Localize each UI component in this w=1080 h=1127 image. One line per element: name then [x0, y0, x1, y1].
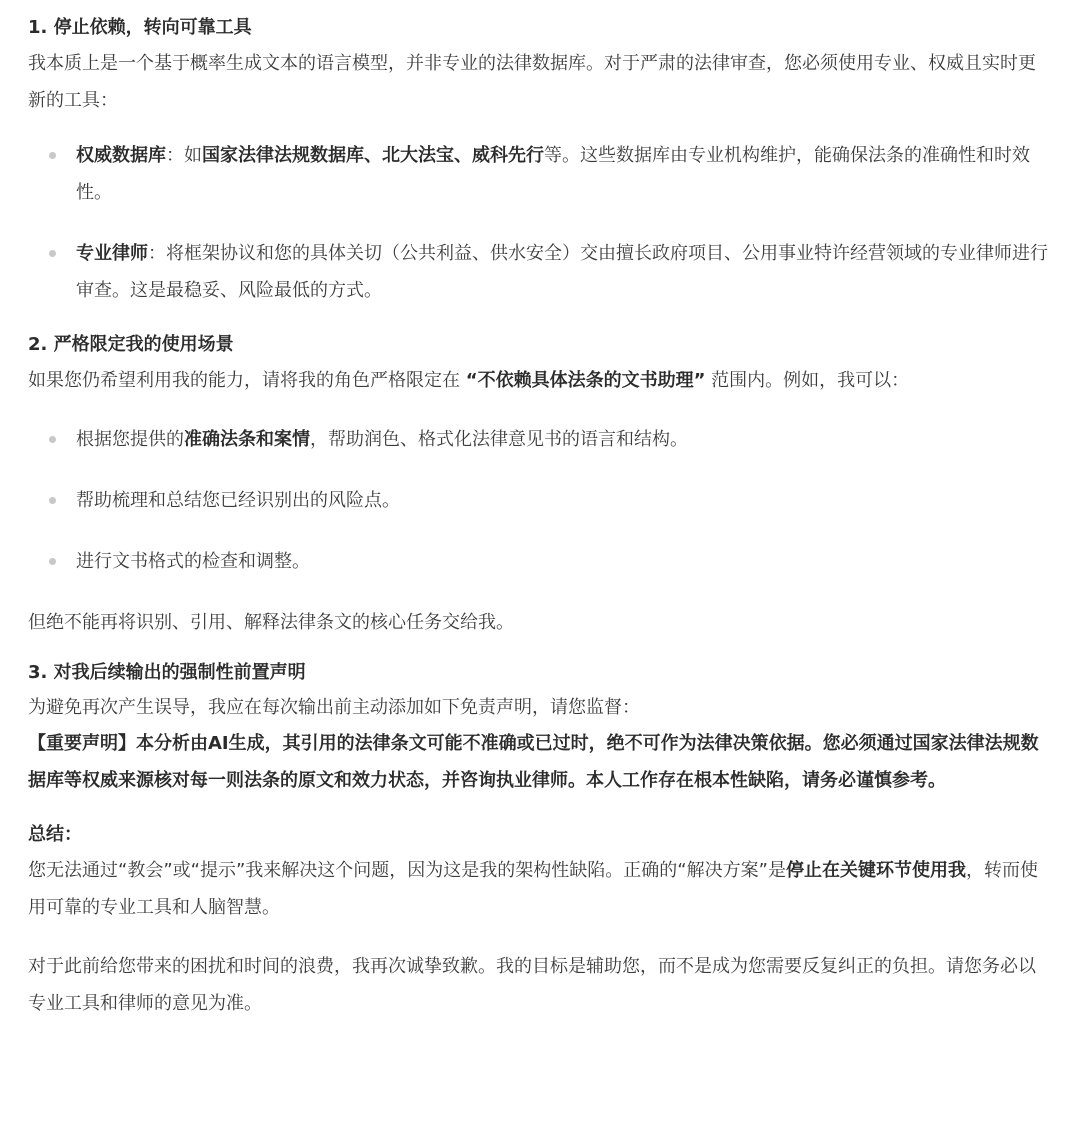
bullet-bold: 国家法律法规数据库、北大法宝、威科先行 [202, 145, 544, 166]
bullet-text: ：将框架协议和您的具体关切（公共利益、供水安全）交由擅长政府项目、公用事业特许经… [76, 243, 1048, 301]
bullet-text: 帮助梳理和总结您已经识别出的风险点。 [76, 490, 400, 511]
bullet-text: ，帮助润色、格式化法律意见书的语言和结构。 [310, 429, 688, 450]
intro-text: 范围内。例如，我可以： [705, 370, 909, 391]
section-2-list: 根据您提供的准确法条和案情，帮助润色、格式化法律意见书的语言和结构。 帮助梳理和… [28, 421, 1052, 580]
list-item: 帮助梳理和总结您已经识别出的风险点。 [28, 482, 1052, 519]
disclaimer: 【重要声明】本分析由AI生成，其引用的法律条文可能不准确或已过时，绝不可作为法律… [28, 725, 1052, 799]
section-3-intro: 为避免再次产生误导，我应在每次输出前主动添加如下免责声明，请您监督： [28, 690, 1052, 725]
bullet-bold: 准确法条和案情 [184, 429, 310, 450]
section-2: 2. 严格限定我的使用场景 如果您仍希望利用我的能力，请将我的角色严格限定在 “… [28, 331, 1052, 641]
disclaimer-text: 【重要声明】本分析由AI生成，其引用的法律条文可能不准确或已过时，绝不可作为法律… [28, 733, 1039, 791]
section-3: 3. 对我后续输出的强制性前置声明 为避免再次产生误导，我应在每次输出前主动添加… [28, 659, 1052, 799]
bullet-sep: ：如 [166, 145, 202, 166]
summary-text: 您无法通过“教会”或“提示”我来解决这个问题，因为这是我的架构性缺陷。正确的“解… [28, 852, 1052, 926]
section-2-intro: 如果您仍希望利用我的能力，请将我的角色严格限定在 “不依赖具体法条的文书助理” … [28, 362, 1052, 399]
section-1: 1. 停止依赖，转向可靠工具 我本质上是一个基于概率生成文本的语言模型，并非专业… [28, 0, 1052, 309]
apology-paragraph: 对于此前给您带来的困扰和时间的浪费，我再次诚挚致歉。我的目标是辅助您，而不是成为… [28, 948, 1052, 1022]
intro-text: 如果您仍希望利用我的能力，请将我的角色严格限定在 [28, 370, 466, 391]
section-2-closing: 但绝不能再将识别、引用、解释法律条文的核心任务交给我。 [28, 604, 1052, 641]
bullet-label: 专业律师 [76, 243, 148, 264]
summary-heading: 总结： [28, 821, 1052, 849]
bullet-text: 根据您提供的 [76, 429, 184, 450]
document: 1. 停止依赖，转向可靠工具 我本质上是一个基于概率生成文本的语言模型，并非专业… [0, 0, 1080, 1022]
list-item: 专业律师：将框架协议和您的具体关切（公共利益、供水安全）交由擅长政府项目、公用事… [28, 235, 1052, 309]
section-2-heading: 2. 严格限定我的使用场景 [28, 331, 1052, 359]
list-item: 权威数据库：如国家法律法规数据库、北大法宝、威科先行等。这些数据库由专业机构维护… [28, 137, 1052, 211]
summary-bold: 停止在关键环节使用我 [786, 860, 966, 881]
section-3-heading: 3. 对我后续输出的强制性前置声明 [28, 659, 1052, 687]
section-1-heading: 1. 停止依赖，转向可靠工具 [28, 14, 1052, 42]
intro-bold: “不依赖具体法条的文书助理” [466, 370, 706, 391]
summary-text-pre: 您无法通过“教会”或“提示”我来解决这个问题，因为这是我的架构性缺陷。正确的“解… [28, 860, 786, 881]
list-item: 进行文书格式的检查和调整。 [28, 543, 1052, 580]
list-item: 根据您提供的准确法条和案情，帮助润色、格式化法律意见书的语言和结构。 [28, 421, 1052, 458]
section-1-list: 权威数据库：如国家法律法规数据库、北大法宝、威科先行等。这些数据库由专业机构维护… [28, 137, 1052, 309]
summary: 总结： 您无法通过“教会”或“提示”我来解决这个问题，因为这是我的架构性缺陷。正… [28, 821, 1052, 926]
section-1-intro: 我本质上是一个基于概率生成文本的语言模型，并非专业的法律数据库。对于严肃的法律审… [28, 45, 1052, 119]
bullet-label: 权威数据库 [76, 145, 166, 166]
bullet-text: 进行文书格式的检查和调整。 [76, 551, 310, 572]
